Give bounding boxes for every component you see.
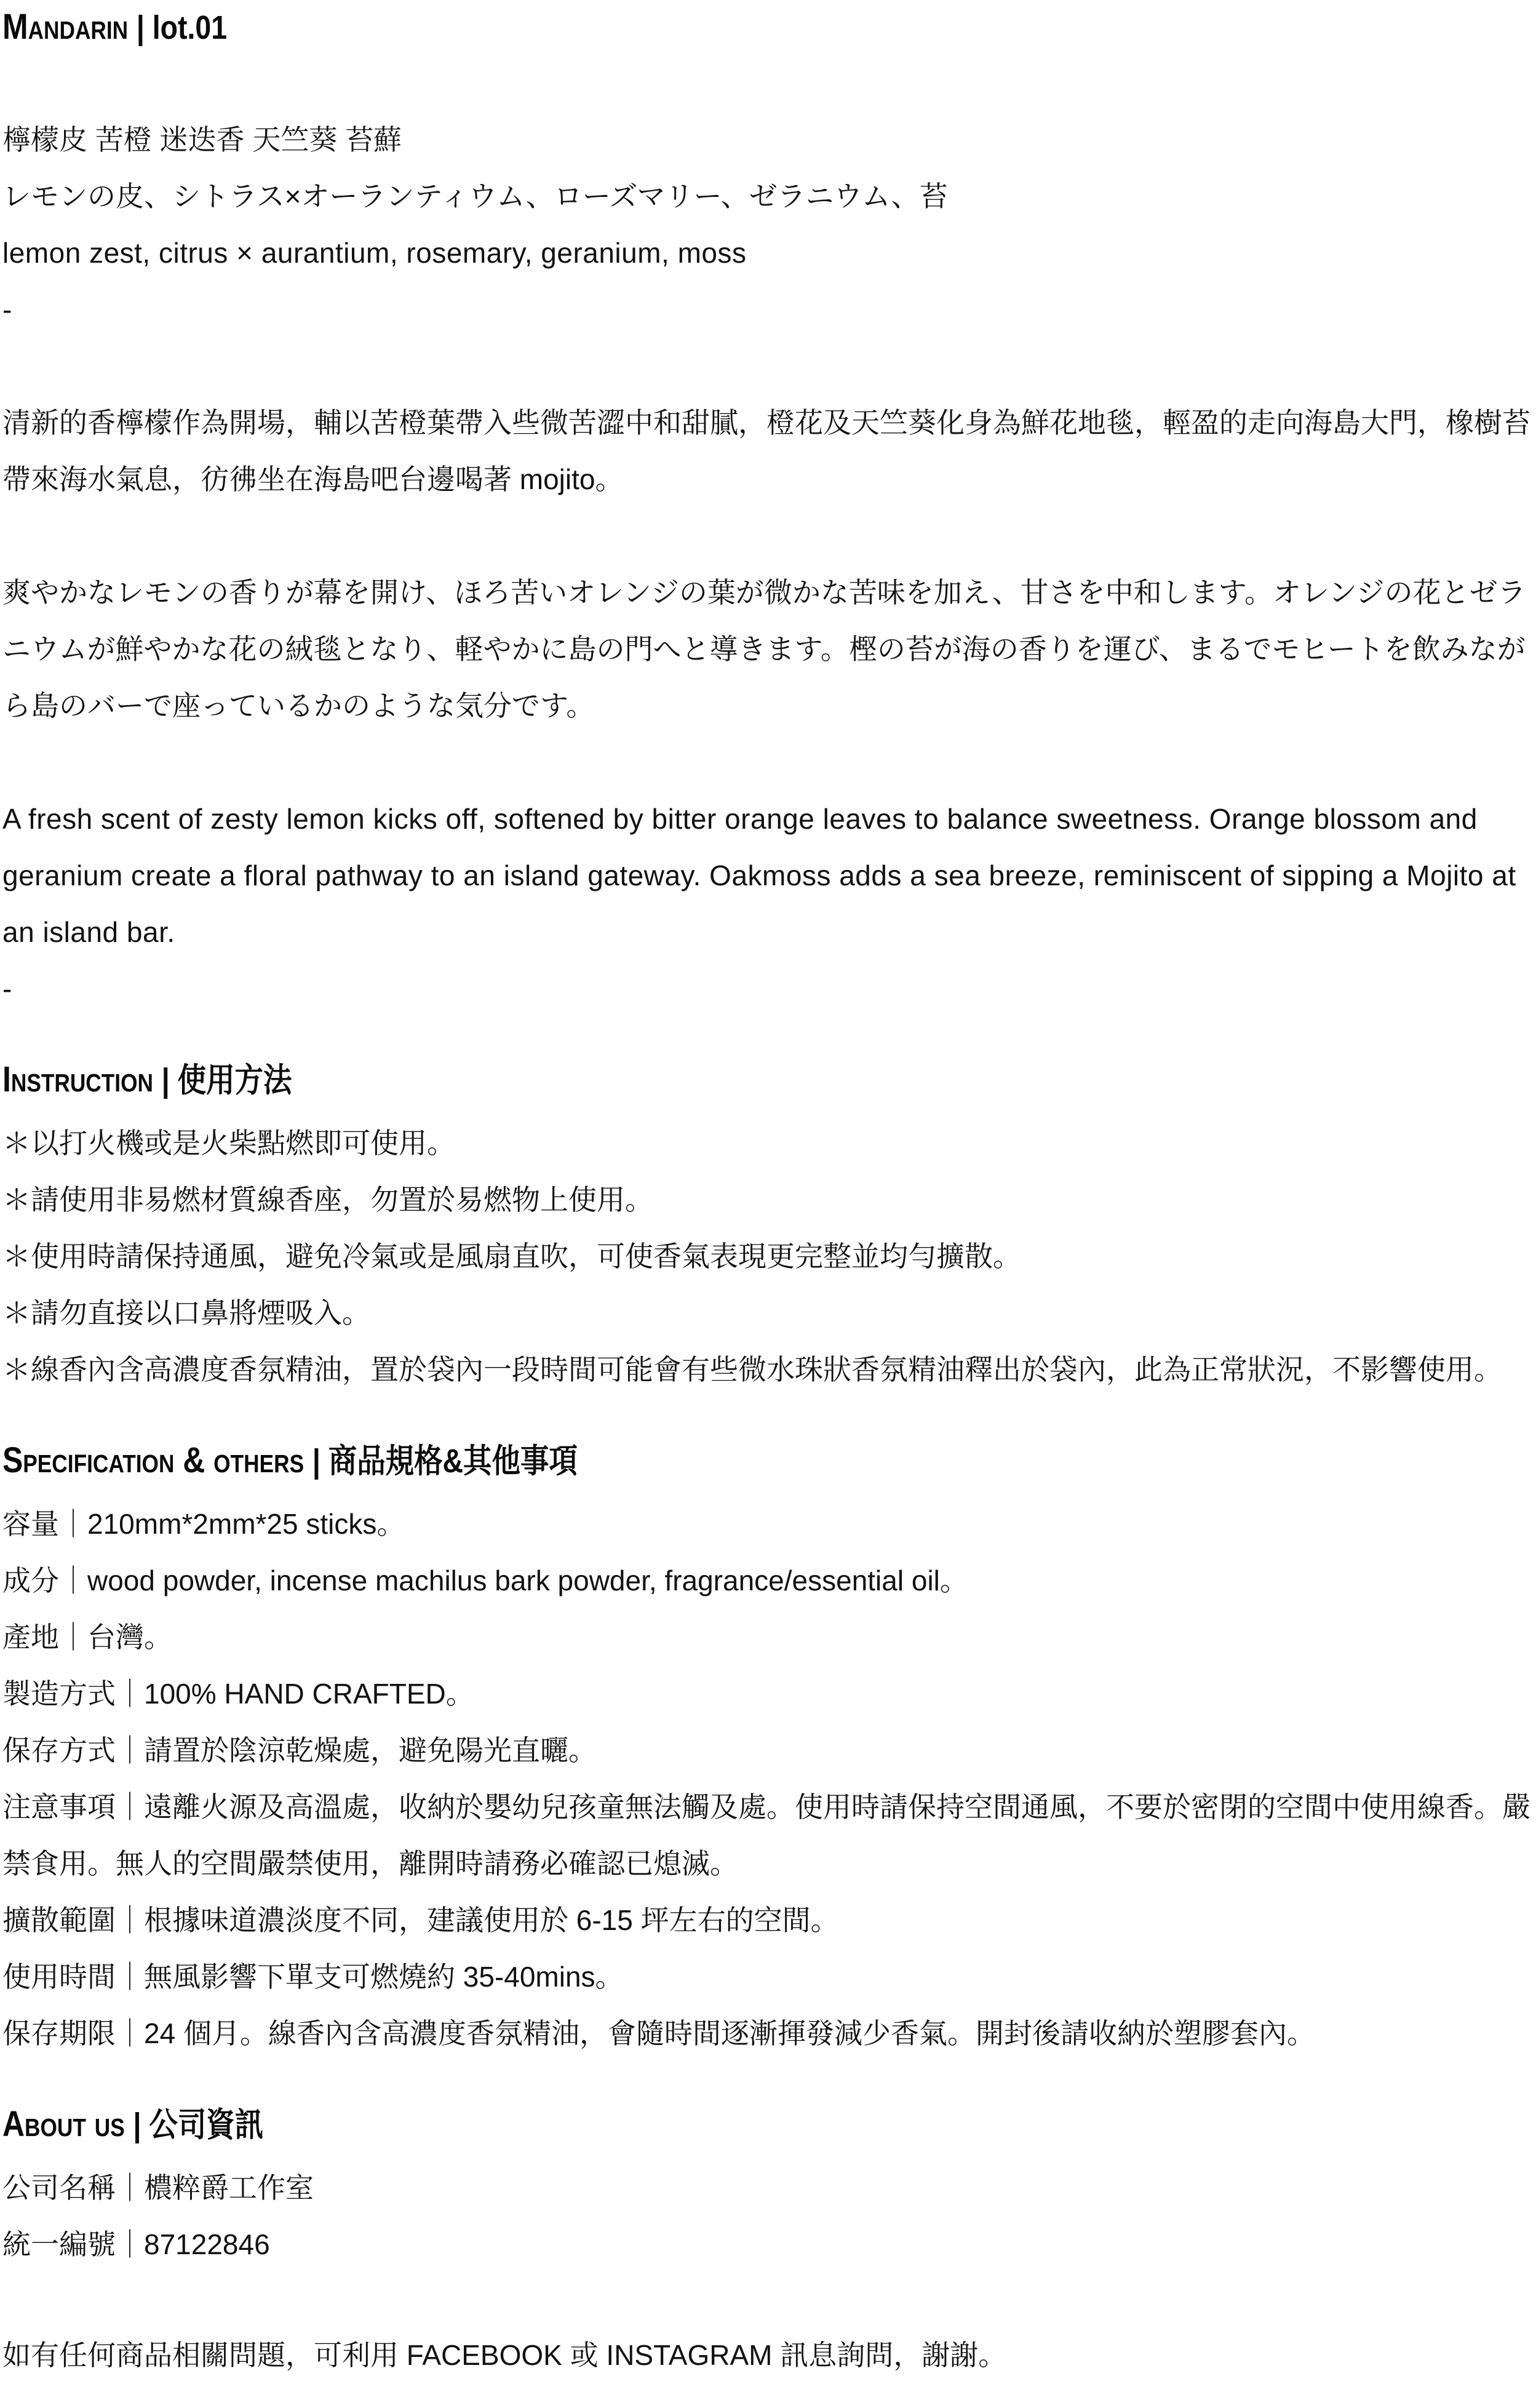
scent-notes-zh: 檸檬皮 苦橙 迷迭香 天竺葵 苔蘚 (2, 111, 1532, 168)
divider-dash-bottom: - (2, 960, 1532, 1017)
spec-item-ingredients: 成分｜wood powder, incense machilus bark po… (2, 1552, 1532, 1609)
instruction-item: ＊線香內含高濃度香氛精油，置於袋內一段時間可能會有些微水珠狀香氛精油釋出於袋內，… (2, 1341, 1532, 1398)
about-heading-cjk: | 公司資訊 (133, 2107, 264, 2143)
specification-heading: Specification & others| 商品規格&其他事項 (2, 1441, 1532, 1481)
product-lot: | lot.01 (137, 9, 227, 46)
divider-dash-top: - (2, 281, 1532, 338)
spec-item-production: 製造方式｜100% HAND CRAFTED。 (2, 1665, 1532, 1722)
specification-list: 容量｜210mm*2mm*25 sticks。 成分｜wood powder, … (2, 1496, 1532, 2062)
about-section: About us| 公司資訊 公司名稱｜檂粹爵工作室 統一編號｜87122846… (2, 2105, 1532, 2383)
company-name-line: 公司名稱｜檂粹爵工作室 (2, 2159, 1532, 2216)
product-name: Mandarin (2, 7, 128, 47)
instruction-item: ＊請勿直接以口鼻將煙吸入。 (2, 1285, 1532, 1341)
instruction-heading-latin: Instruction (2, 1059, 153, 1099)
spec-item-burn-time: 使用時間｜無風影響下單支可燃燒約 35-40mins。 (2, 1948, 1532, 2005)
about-heading: About us| 公司資訊 (2, 2105, 1532, 2145)
instruction-section: Instruction| 使用方法 ＊以打火機或是火柴點燃即可使用。 ＊請使用非… (2, 1060, 1532, 1398)
instruction-heading-cjk: | 使用方法 (162, 1062, 292, 1099)
instruction-heading: Instruction| 使用方法 (2, 1060, 1532, 1100)
specification-section: Specification & others| 商品規格&其他事項 容量｜210… (2, 1441, 1532, 2062)
specification-heading-latin: Specification & others (2, 1440, 304, 1480)
spec-item-capacity: 容量｜210mm*2mm*25 sticks。 (2, 1496, 1532, 1552)
scent-description-ja: 爽やかなレモンの香りが幕を開け、ほろ苦いオレンジの葉が微かな苦味を加え、甘さを中… (2, 564, 1532, 734)
scent-notes-en: lemon zest, citrus × aurantium, rosemary… (2, 225, 1532, 281)
tax-id-line: 統一編號｜87122846 (2, 2216, 1532, 2273)
scent-description-en: A fresh scent of zesty lemon kicks off, … (2, 791, 1532, 960)
scent-notes-ja: レモンの皮、シトラス×オーランティウム、ローズマリー、ゼラニウム、苔 (2, 168, 1532, 225)
contact-line: 如有任何商品相關問題，可利用 FACEBOOK 或 INSTAGRAM 訊息詢問… (2, 2327, 1532, 2383)
scent-description-zh: 清新的香檸檬作為開場，輔以苦橙葉帶入些微苦澀中和甜膩，橙花及天竺葵化身為鮮花地毯… (2, 394, 1532, 508)
about-heading-latin: About us (2, 2104, 125, 2144)
instruction-item: ＊以打火機或是火柴點燃即可使用。 (2, 1115, 1532, 1171)
spec-item-shelf-life: 保存期限｜24 個月。線香內含高濃度香氛精油，會隨時間逐漸揮發減少香氣。開封後請… (2, 2005, 1532, 2062)
instruction-list: ＊以打火機或是火柴點燃即可使用。 ＊請使用非易燃材質線香座，勿置於易燃物上使用。… (2, 1115, 1532, 1398)
scent-notes-section: 檸檬皮 苦橙 迷迭香 天竺葵 苔蘚 レモンの皮、シトラス×オーランティウム、ロー… (2, 111, 1532, 1017)
specification-heading-cjk: | 商品規格&其他事項 (312, 1443, 578, 1480)
instruction-item: ＊使用時請保持通風，避免冷氣或是風扇直吹，可使香氣表現更完整並均勻擴散。 (2, 1228, 1532, 1285)
spec-item-origin: 產地｜台灣。 (2, 1609, 1532, 1665)
spec-item-diffusion-range: 擴散範圍｜根據味道濃淡度不同，建議使用於 6-15 坪左右的空間。 (2, 1892, 1532, 1948)
instruction-item: ＊請使用非易燃材質線香座，勿置於易燃物上使用。 (2, 1171, 1532, 1228)
spec-item-storage: 保存方式｜請置於陰涼乾燥處，避免陽光直曬。 (2, 1722, 1532, 1779)
spec-item-caution: 注意事項｜遠離火源及高溫處，收納於嬰幼兒孩童無法觸及處。使用時請保持空間通風，不… (2, 1779, 1532, 1892)
product-page: { "header": { "title_latin": "Mandarin",… (0, 0, 1536, 2408)
page-title: Mandarin| lot.01 (2, 7, 1532, 47)
